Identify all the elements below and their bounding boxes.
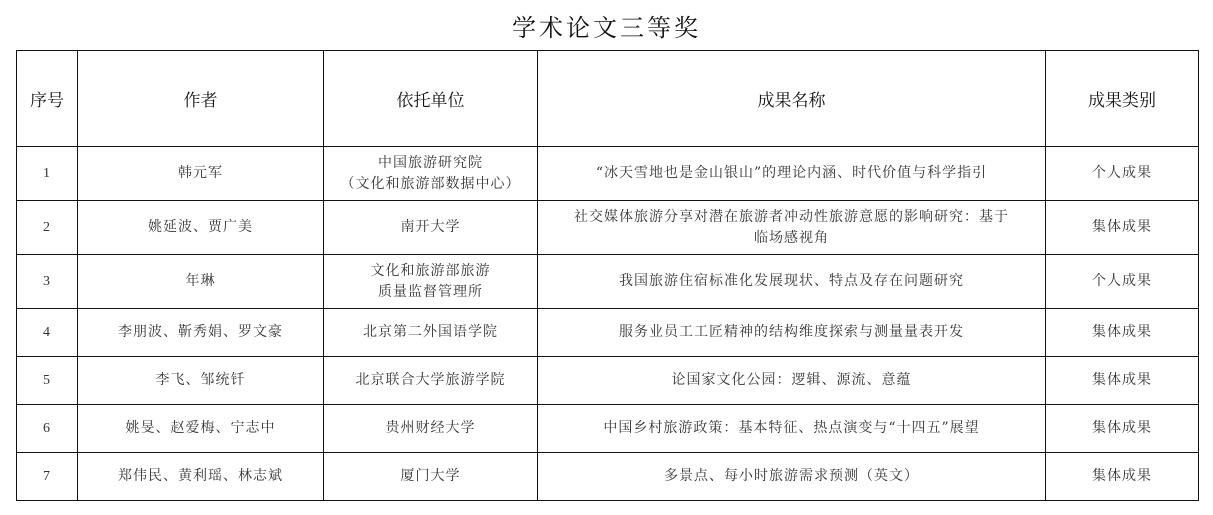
- cell-name: 多景点、每小时旅游需求预测（英文）: [538, 453, 1046, 501]
- cell-category: 集体成果: [1046, 357, 1199, 405]
- cell-unit: 北京第二外国语学院: [324, 309, 538, 357]
- cell-author: 姚延波、贾广美: [78, 201, 324, 255]
- cell-category: 集体成果: [1046, 405, 1199, 453]
- table-row: 3 年琳 文化和旅游部旅游 质量监督管理所 我国旅游住宿标准化发展现状、特点及存…: [17, 255, 1199, 309]
- cell-seq: 4: [17, 309, 78, 357]
- cell-author: 年琳: [78, 255, 324, 309]
- cell-unit: 贵州财经大学: [324, 405, 538, 453]
- cell-author: 李飞、邹统钎: [78, 357, 324, 405]
- table-row: 6 姚旻、赵爱梅、宁志中 贵州财经大学 中国乡村旅游政策：基本特征、热点演变与“…: [17, 405, 1199, 453]
- cell-seq: 2: [17, 201, 78, 255]
- cell-author: 李朋波、靳秀娟、罗文豪: [78, 309, 324, 357]
- cell-unit: 中国旅游研究院 （文化和旅游部数据中心）: [324, 147, 538, 201]
- cell-seq: 6: [17, 405, 78, 453]
- cell-author: 韩元军: [78, 147, 324, 201]
- awards-table: 序号 作者 依托单位 成果名称 成果类别 1 韩元军 中国旅游研究院 （文化和旅…: [16, 50, 1199, 501]
- cell-seq: 7: [17, 453, 78, 501]
- cell-name: 论国家文化公园：逻辑、源流、意蕴: [538, 357, 1046, 405]
- cell-author: 姚旻、赵爱梅、宁志中: [78, 405, 324, 453]
- cell-name: “冰天雪地也是金山银山”的理论内涵、时代价值与科学指引: [538, 147, 1046, 201]
- cell-category: 集体成果: [1046, 453, 1199, 501]
- table-row: 2 姚延波、贾广美 南开大学 社交媒体旅游分享对潜在旅游者冲动性旅游意愿的影响研…: [17, 201, 1199, 255]
- cell-author: 郑伟民、黄利瑶、林志斌: [78, 453, 324, 501]
- document-title: 学术论文三等奖: [0, 8, 1213, 43]
- cell-category: 个人成果: [1046, 147, 1199, 201]
- header-seq: 序号: [17, 51, 78, 147]
- cell-category: 个人成果: [1046, 255, 1199, 309]
- header-unit: 依托单位: [324, 51, 538, 147]
- cell-name: 服务业员工工匠精神的结构维度探索与测量量表开发: [538, 309, 1046, 357]
- cell-name: 社交媒体旅游分享对潜在旅游者冲动性旅游意愿的影响研究：基于 临场感视角: [538, 201, 1046, 255]
- header-category: 成果类别: [1046, 51, 1199, 147]
- header-row: 序号 作者 依托单位 成果名称 成果类别: [17, 51, 1199, 147]
- cell-seq: 1: [17, 147, 78, 201]
- cell-name: 我国旅游住宿标准化发展现状、特点及存在问题研究: [538, 255, 1046, 309]
- cell-unit: 北京联合大学旅游学院: [324, 357, 538, 405]
- table-row: 4 李朋波、靳秀娟、罗文豪 北京第二外国语学院 服务业员工工匠精神的结构维度探索…: [17, 309, 1199, 357]
- cell-seq: 5: [17, 357, 78, 405]
- cell-category: 集体成果: [1046, 309, 1199, 357]
- header-name: 成果名称: [538, 51, 1046, 147]
- cell-category: 集体成果: [1046, 201, 1199, 255]
- table-row: 5 李飞、邹统钎 北京联合大学旅游学院 论国家文化公园：逻辑、源流、意蕴 集体成…: [17, 357, 1199, 405]
- cell-unit: 厦门大学: [324, 453, 538, 501]
- table-row: 1 韩元军 中国旅游研究院 （文化和旅游部数据中心） “冰天雪地也是金山银山”的…: [17, 147, 1199, 201]
- cell-unit: 南开大学: [324, 201, 538, 255]
- cell-unit: 文化和旅游部旅游 质量监督管理所: [324, 255, 538, 309]
- table-row: 7 郑伟民、黄利瑶、林志斌 厦门大学 多景点、每小时旅游需求预测（英文） 集体成…: [17, 453, 1199, 501]
- header-author: 作者: [78, 51, 324, 147]
- cell-name: 中国乡村旅游政策：基本特征、热点演变与“十四五”展望: [538, 405, 1046, 453]
- cell-seq: 3: [17, 255, 78, 309]
